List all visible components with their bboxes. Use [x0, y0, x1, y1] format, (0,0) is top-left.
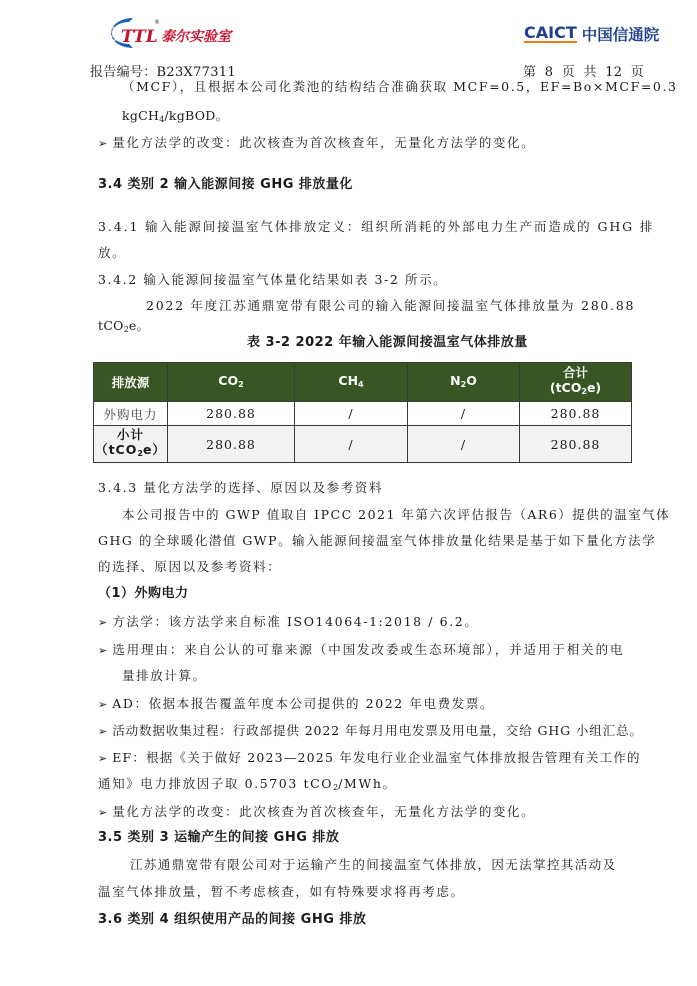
unit-text: tCO — [98, 318, 124, 333]
caict-logo-en: CAICT — [524, 25, 577, 43]
continued-paragraph-line1: （MCF），且根据本公司化粪池的结构结合准确获取 MCF=0.5，EF=Bo×M… — [122, 79, 678, 95]
bullet-arrow-icon: ➢ — [98, 615, 107, 631]
bullet-method-change-1: ➢量化方法学的改变：此次核查为首次核查年，无量化方法学的变化。 — [98, 135, 535, 152]
bullet-reason-line2: 量排放计算。 — [122, 668, 207, 684]
ttl-emblem-icon: TTL ® 泰尔实验室 — [99, 14, 249, 52]
bullet-arrow-icon: ➢ — [98, 643, 107, 659]
table-header-row: 排放源 CO2 CH4 N2O 合计(tCO2e) — [94, 363, 632, 402]
report-number: 报告编号：B23X77311 — [90, 61, 236, 80]
bullet-ef: ➢EF：根据《关于做好 2023—2025 年发电行业企业温室气体排放报告管理有… — [98, 750, 641, 767]
cell-subtotal-label: 小计（tCO2e） — [94, 426, 168, 463]
table-row-subtotal: 小计（tCO2e） 280.88 / / 280.88 — [94, 426, 632, 463]
report-number-label: 报告编号： — [90, 65, 157, 80]
caict-logo: CAICT 中国信通院 — [524, 22, 659, 46]
gwp-paragraph-line3: 的选择、原因以及参考资料： — [98, 559, 281, 575]
header-ch4: CH4 — [295, 363, 408, 402]
bullet-text: 量化方法学的改变：此次核查为首次核查年，无量化方法学的变化。 — [112, 135, 535, 150]
bullet-ef-line2: 通知》电力排放因子取 0.5703 tCO2/MWh。 — [98, 776, 397, 796]
section-3-6-heading: 3.6 类别 4 组织使用产品的间接 GHG 排放 — [98, 912, 366, 928]
svg-text:TTL: TTL — [121, 27, 158, 47]
unit-text-post: e。 — [129, 318, 150, 333]
header-source: 排放源 — [94, 363, 168, 402]
table-caption: 表 3-2 2022 年输入能源间接温室气体排放量 — [247, 335, 528, 351]
unit-text: kgCH — [122, 108, 159, 123]
section-3-4-heading: 3.4 类别 2 输入能源间接 GHG 排放量化 — [98, 177, 353, 193]
bullet-reason: ➢选用理由：来自公认的可靠来源（中国发改委或生态环境部），并适用于相关的电 — [98, 642, 624, 659]
svg-text:®: ® — [154, 19, 160, 26]
unit-text-post: /kgBOD。 — [164, 108, 228, 123]
header-co2: CO2 — [168, 363, 295, 402]
bullet-arrow-icon: ➢ — [98, 805, 107, 821]
cell-source: 外购电力 — [94, 402, 168, 426]
emission-table: 排放源 CO2 CH4 N2O 合计(tCO2e) 外购电力 280.88 / … — [93, 362, 632, 463]
bullet-method-change-2: ➢量化方法学的改变：此次核查为首次核查年，无量化方法学的变化。 — [98, 804, 535, 821]
header-total: 合计(tCO2e) — [520, 363, 632, 402]
bullet-ad: ➢AD：依据本报告覆盖年度本公司提供的 2022 年电费发票。 — [98, 696, 494, 713]
paragraph-3-5-line2: 温室气体排放量，暂不考虑核查，如有特殊要求将再考虑。 — [98, 884, 465, 900]
report-number-value: B23X77311 — [157, 65, 236, 80]
cell-co2: 280.88 — [168, 426, 295, 463]
cell-ch4: / — [295, 402, 408, 426]
page-info: 第 8 页 共 12 页 — [523, 61, 644, 80]
caict-logo-cn: 中国信通院 — [582, 23, 660, 45]
summary-paragraph-line1: 2022 年度江苏通鼎宽带有限公司的输入能源间接温室气体排放量为 280.88 — [146, 298, 635, 314]
paragraph-3-4-3: 3.4.3 量化方法学的选择、原因以及参考资料 — [98, 480, 383, 496]
cell-n2o: / — [408, 402, 520, 426]
bullet-arrow-icon: ➢ — [98, 724, 107, 740]
continued-paragraph-line2: kgCH4/kgBOD。 — [122, 108, 228, 128]
cell-n2o: / — [408, 426, 520, 463]
gwp-paragraph-line1: 本公司报告中的 GWP 值取自 IPCC 2021 年第六次评估报告（AR6）提… — [122, 507, 670, 523]
ttl-logo: TTL ® 泰尔实验室 — [99, 14, 249, 52]
paragraph-3-4-1-line1: 3.4.1 输入能源间接温室气体排放定义：组织所消耗的外部电力生产而造成的 GH… — [98, 219, 654, 235]
cell-total: 280.88 — [520, 426, 632, 463]
paragraph-3-4-2: 3.4.2 输入能源间接温室气体量化结果如表 3-2 所示。 — [98, 272, 447, 288]
paragraph-3-5-line1: 江苏通鼎宽带有限公司对于运输产生的间接温室气体排放，因无法掌控其活动及 — [130, 857, 617, 873]
bullet-arrow-icon: ➢ — [98, 136, 107, 152]
sub-heading-purchased-electricity: （1）外购电力 — [98, 586, 189, 602]
bullet-arrow-icon: ➢ — [98, 697, 107, 713]
svg-text:泰尔实验室: 泰尔实验室 — [161, 28, 234, 45]
cell-total: 280.88 — [520, 402, 632, 426]
table-row: 外购电力 280.88 / / 280.88 — [94, 402, 632, 426]
bullet-methodology: ➢方法学：该方法学来自标准 ISO14064-1:2018 / 6.2。 — [98, 614, 478, 631]
bullet-arrow-icon: ➢ — [98, 751, 107, 767]
gwp-paragraph-line2: GHG 的全球暖化潜值 GWP。输入能源间接温室气体排放量化结果是基于如下量化方… — [98, 533, 656, 549]
section-3-5-heading: 3.5 类别 3 运输产生的间接 GHG 排放 — [98, 830, 339, 846]
summary-paragraph-line2: tCO2e。 — [98, 318, 149, 338]
cell-ch4: / — [295, 426, 408, 463]
paragraph-3-4-1-line2: 放。 — [98, 245, 126, 261]
cell-co2: 280.88 — [168, 402, 295, 426]
bullet-activity-data: ➢活动数据收集过程：行政部提供 2022 年每月用电发票及用电量，交给 GHG … — [98, 723, 643, 740]
header-n2o: N2O — [408, 363, 520, 402]
